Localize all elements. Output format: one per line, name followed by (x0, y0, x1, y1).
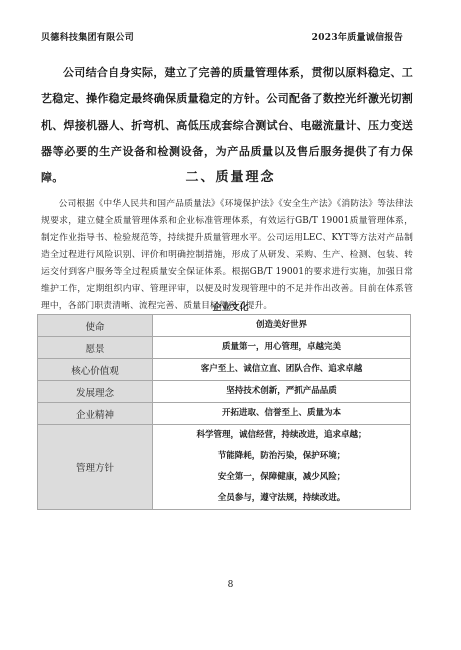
row-value: 质量第一，用心管理，卓越完美 (153, 337, 411, 359)
value-line: 安全第一，保障健康，减少风险； (153, 467, 410, 488)
page-number: 8 (0, 580, 461, 590)
header-company-name: 贝德科技集团有限公司 (41, 30, 134, 43)
value-line: 质量第一，用心管理，卓越完美 (153, 337, 410, 358)
table-row: 使命 创造美好世界 (38, 315, 411, 337)
row-value: 科学管理，诚信经营，持续改进，追求卓越； 节能降耗，防治污染，保护环境； 安全第… (153, 425, 411, 510)
row-key: 管理方针 (38, 425, 153, 510)
value-line: 节能降耗，防治污染，保护环境； (153, 446, 410, 467)
value-line: 坚持技术创新，严抓产品品质 (153, 381, 410, 402)
row-key: 企业精神 (38, 403, 153, 425)
value-line: 创造美好世界 (153, 315, 410, 336)
value-line: 客户至上、诚信立直、团队合作、追求卓越 (153, 359, 410, 380)
row-value: 开拓进取、信誉至上、质量为本 (153, 403, 411, 425)
row-key: 发展理念 (38, 381, 153, 403)
table-row: 核心价值观 客户至上、诚信立直、团队合作、追求卓越 (38, 359, 411, 381)
row-value: 客户至上、诚信立直、团队合作、追求卓越 (153, 359, 411, 381)
row-key: 使命 (38, 315, 153, 337)
row-value: 坚持技术创新，严抓产品品质 (153, 381, 411, 403)
section-title: 二、质量理念 (0, 166, 461, 185)
row-value: 创造美好世界 (153, 315, 411, 337)
value-line: 全员参与，遵守法规，持续改进。 (153, 488, 410, 509)
table-row: 管理方针 科学管理，诚信经营，持续改进，追求卓越； 节能降耗，防治污染，保护环境… (38, 425, 411, 510)
value-line: 科学管理，诚信经营，持续改进，追求卓越； (153, 425, 410, 446)
table-row: 企业精神 开拓进取、信誉至上、质量为本 (38, 403, 411, 425)
section-paragraph: 公司根据《中华人民共和国产品质量法》《环境保护法》《安全生产法》《消防法》等法律… (41, 196, 413, 315)
table-caption: 企业文化 (0, 300, 461, 313)
table-row: 发展理念 坚持技术创新，严抓产品品质 (38, 381, 411, 403)
row-key: 核心价值观 (38, 359, 153, 381)
value-line: 开拓进取、信誉至上、质量为本 (153, 403, 410, 424)
culture-table: 使命 创造美好世界 愿景 质量第一，用心管理，卓越完美 核心价值观 客户至上、诚… (37, 314, 411, 510)
header-report-title: 2023年质量诚信报告 (312, 30, 403, 43)
row-key: 愿景 (38, 337, 153, 359)
table-row: 愿景 质量第一，用心管理，卓越完美 (38, 337, 411, 359)
